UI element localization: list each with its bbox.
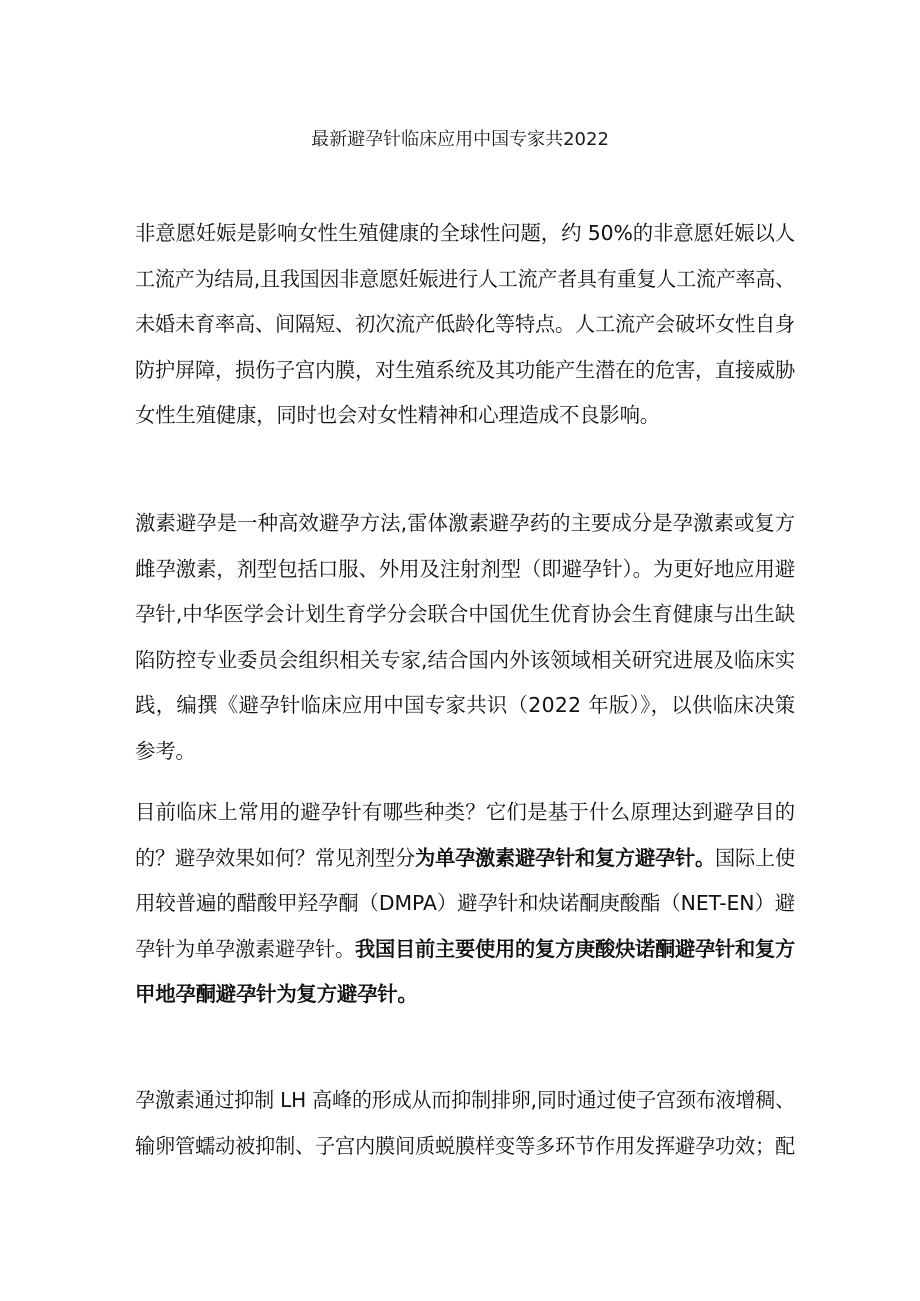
text-segment: 国际上使 [715,844,795,890]
text-line: 践，编撰《避孕针临床应用中国专家共识（2022 年版）》，以供临床决策 [135,691,795,737]
text-line: 的？避孕效果如何？常见剂型分为单孕激素避孕针和复方避孕针。国际上使 [135,844,795,890]
text-segment: 非意愿妊娠是影响女性生殖健康的全球性问题，约 50%的非意愿妊娠以人 [135,219,795,265]
text-segment: 孕激素通过抑制 LH 高峰的形成从而抑制排卵,同时通过使子宫颈布液增稠、 [135,1086,795,1132]
paragraph-hormonal-contraception: 激素避孕是一种高效避孕方法,雷体激素避孕药的主要成分是孕激素或复方 雌孕激素，剂… [135,509,795,783]
text-segment: 孕针为单孕激素避孕针。 [135,935,355,981]
document-title: 最新避孕针临床应用中国专家共2022 [0,126,920,154]
paragraph-injection-types: 目前临床上常用的避孕针有哪些种类？它们是基于什么原理达到避孕目的 的？避孕效果如… [135,798,795,1026]
text-line: 女性生殖健康，同时也会对女性精神和心理造成不良影响。 [135,401,795,447]
text-line: 非意愿妊娠是影响女性生殖健康的全球性问题，约 50%的非意愿妊娠以人 [135,219,795,265]
text-segment: 参考。 [135,737,196,783]
text-segment: 雌孕激素，剂型包括口服、外用及注射剂型（即避孕针）。为更好地应用避 [135,555,795,601]
text-line: 参考。 [135,737,795,783]
text-segment: 目前临床上常用的避孕针有哪些种类？它们是基于什么原理达到避孕目的 [135,798,795,844]
text-line: 用较普遍的醋酸甲羟孕酮（DMPA）避孕针和炔诺酮庚酸酯（NET-EN）避 [135,889,795,935]
text-line: 未婚未育率高、间隔短、初次流产低龄化等特点。人工流产会破坏女性自身 [135,310,795,356]
paragraph-unintended-pregnancy: 非意愿妊娠是影响女性生殖健康的全球性问题，约 50%的非意愿妊娠以人 工流产为结… [135,219,795,447]
bold-text-segment: 甲地孕酮避孕针为复方避孕针。 [135,980,418,1026]
text-line: 孕针,中华医学会计划生育学分会联合中国优生优育协会生育健康与出生缺 [135,600,795,646]
text-segment: 防护屏障，损伤子宫内膜，对生殖系统及其功能产生潜在的危害，直接威胁 [135,356,795,402]
text-segment: 用较普遍的醋酸甲羟孕酮（DMPA）避孕针和炔诺酮庚酸酯（NET-EN）避 [135,889,795,935]
text-line: 陷防控专业委员会组织相关专家,结合国内外该领域相关研究进展及临床实 [135,646,795,692]
bold-text-segment: 我国目前主要使用的复方庚酸炔诺酮避孕针和复方 [355,935,795,981]
text-segment: 践，编撰《避孕针临床应用中国专家共识（2022 年版）》，以供临床决策 [135,691,796,737]
text-segment: 未婚未育率高、间隔短、初次流产低龄化等特点。人工流产会破坏女性自身 [135,310,795,356]
text-segment: 输卵管蠕动被抑制、子宫内膜间质蜕膜样变等多环节作用发挥避孕功效；配 [135,1132,795,1178]
text-segment: 激素避孕是一种高效避孕方法,雷体激素避孕药的主要成分是孕激素或复方 [135,509,795,555]
text-line: 目前临床上常用的避孕针有哪些种类？它们是基于什么原理达到避孕目的 [135,798,795,844]
text-segment: 孕针,中华医学会计划生育学分会联合中国优生优育协会生育健康与出生缺 [135,600,795,646]
text-line: 孕激素通过抑制 LH 高峰的形成从而抑制排卵,同时通过使子宫颈布液增稠、 [135,1086,795,1132]
document-page: 最新避孕针临床应用中国专家共2022 非意愿妊娠是影响女性生殖健康的全球性问题，… [0,0,920,1301]
text-segment: 女性生殖健康，同时也会对女性精神和心理造成不良影响。 [135,401,660,447]
paragraph-progestogen-mechanism: 孕激素通过抑制 LH 高峰的形成从而抑制排卵,同时通过使子宫颈布液增稠、 输卵管… [135,1086,795,1177]
text-line: 防护屏障，损伤子宫内膜，对生殖系统及其功能产生潜在的危害，直接威胁 [135,356,795,402]
text-segment: 工流产为结局,且我国因非意愿妊娠进行人工流产者具有重复人工流产率高、 [135,265,795,311]
text-line: 孕针为单孕激素避孕针。我国目前主要使用的复方庚酸炔诺酮避孕针和复方 [135,935,795,981]
text-line: 输卵管蠕动被抑制、子宫内膜间质蜕膜样变等多环节作用发挥避孕功效；配 [135,1132,795,1178]
text-segment: 的？避孕效果如何？常见剂型分 [135,844,415,890]
text-line: 工流产为结局,且我国因非意愿妊娠进行人工流产者具有重复人工流产率高、 [135,265,795,311]
text-segment: 陷防控专业委员会组织相关专家,结合国内外该领域相关研究进展及临床实 [135,646,795,692]
text-line: 甲地孕酮避孕针为复方避孕针。 [135,980,795,1026]
text-line: 激素避孕是一种高效避孕方法,雷体激素避孕药的主要成分是孕激素或复方 [135,509,795,555]
bold-text-segment: 为单孕激素避孕针和复方避孕针。 [415,844,715,890]
text-line: 雌孕激素，剂型包括口服、外用及注射剂型（即避孕针）。为更好地应用避 [135,555,795,601]
